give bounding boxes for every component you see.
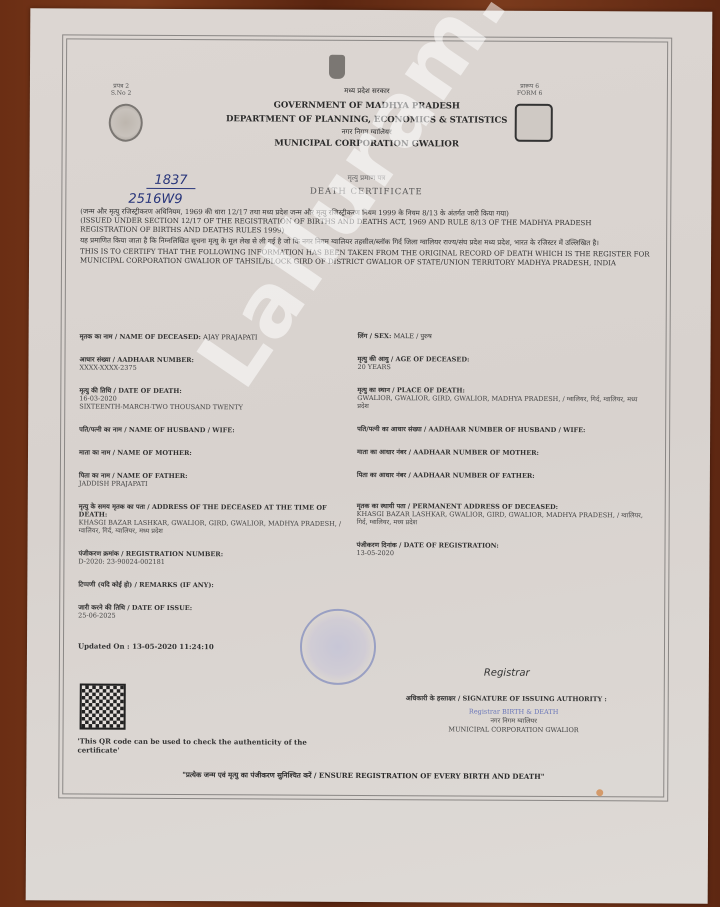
signature-scrawl: Registrar <box>484 668 530 679</box>
national-emblem-icon <box>329 55 345 79</box>
field-date-of-registration: पंजीकरण दिनांक / DATE OF REGISTRATION: 1… <box>356 540 646 559</box>
field-father: पिता का नाम / NAME OF FATHER: JADDISH PR… <box>79 470 354 488</box>
field-address-at-death: मृत्यु के समय मृतक का पता / ADDRESS OF T… <box>79 501 354 535</box>
field-spouse-aadhaar: पति/पत्नी का आधार संख्या / AADHAAR NUMBE… <box>357 424 647 435</box>
field-place-of-death: मृत्यु का स्थान / PLACE OF DEATH: GWALIO… <box>357 385 647 412</box>
certificate-paper: प्रपत्र 2 S.No 2 प्रारूप 6 FORM 6 मध्य प… <box>26 8 713 904</box>
official-stamp-icon <box>300 609 376 685</box>
field-registration-number: पंजीकरण क्रमांक / REGISTRATION NUMBER: D… <box>78 548 353 566</box>
field-spouse: पति/पत्नी का नाम / NAME OF HUSBAND / WIF… <box>79 424 354 434</box>
field-age: मृत्यु की आयु / AGE OF DECEASED: 20 YEAR… <box>357 354 647 373</box>
footer-slogan: "प्रत्येक जन्म एवं मृत्यु का पंजीकरण सुन… <box>63 769 663 782</box>
field-father-aadhaar: पिता का आधार नंबर / AADHAAR NUMBER OF FA… <box>357 470 647 481</box>
left-column: मृतक का नाम / NAME OF DECEASED: AJAY PRA… <box>78 331 355 651</box>
field-mother: माता का नाम / NAME OF MOTHER: <box>79 447 354 457</box>
registrar-corp: MUNICIPAL CORPORATION GWALIOR <box>444 725 584 735</box>
signature-label: अधिकारी के हस्ताक्षर / SIGNATURE OF ISSU… <box>406 693 607 703</box>
field-permanent-address: मृतक का स्थायी पता / PERMANENT ADDRESS O… <box>357 501 647 528</box>
field-sex: लिंग / SEX: MALE / पुरुष <box>358 331 648 342</box>
field-date-of-death: मृत्यु की तिथि / DATE OF DEATH: 16-03-20… <box>79 385 354 411</box>
verification-qr-code[interactable] <box>80 683 126 729</box>
field-mother-aadhaar: माता का आधार नंबर / AADHAAR NUMBER OF MO… <box>357 447 647 458</box>
field-remarks: टिप्पणी (यदि कोई हो) / REMARKS (IF ANY): <box>78 579 353 589</box>
stain-mark <box>596 789 603 796</box>
qr-note: 'This QR code can be used to check the a… <box>77 736 327 755</box>
right-column: लिंग / SEX: MALE / पुरुष मृत्यु की आयु /… <box>356 331 647 559</box>
